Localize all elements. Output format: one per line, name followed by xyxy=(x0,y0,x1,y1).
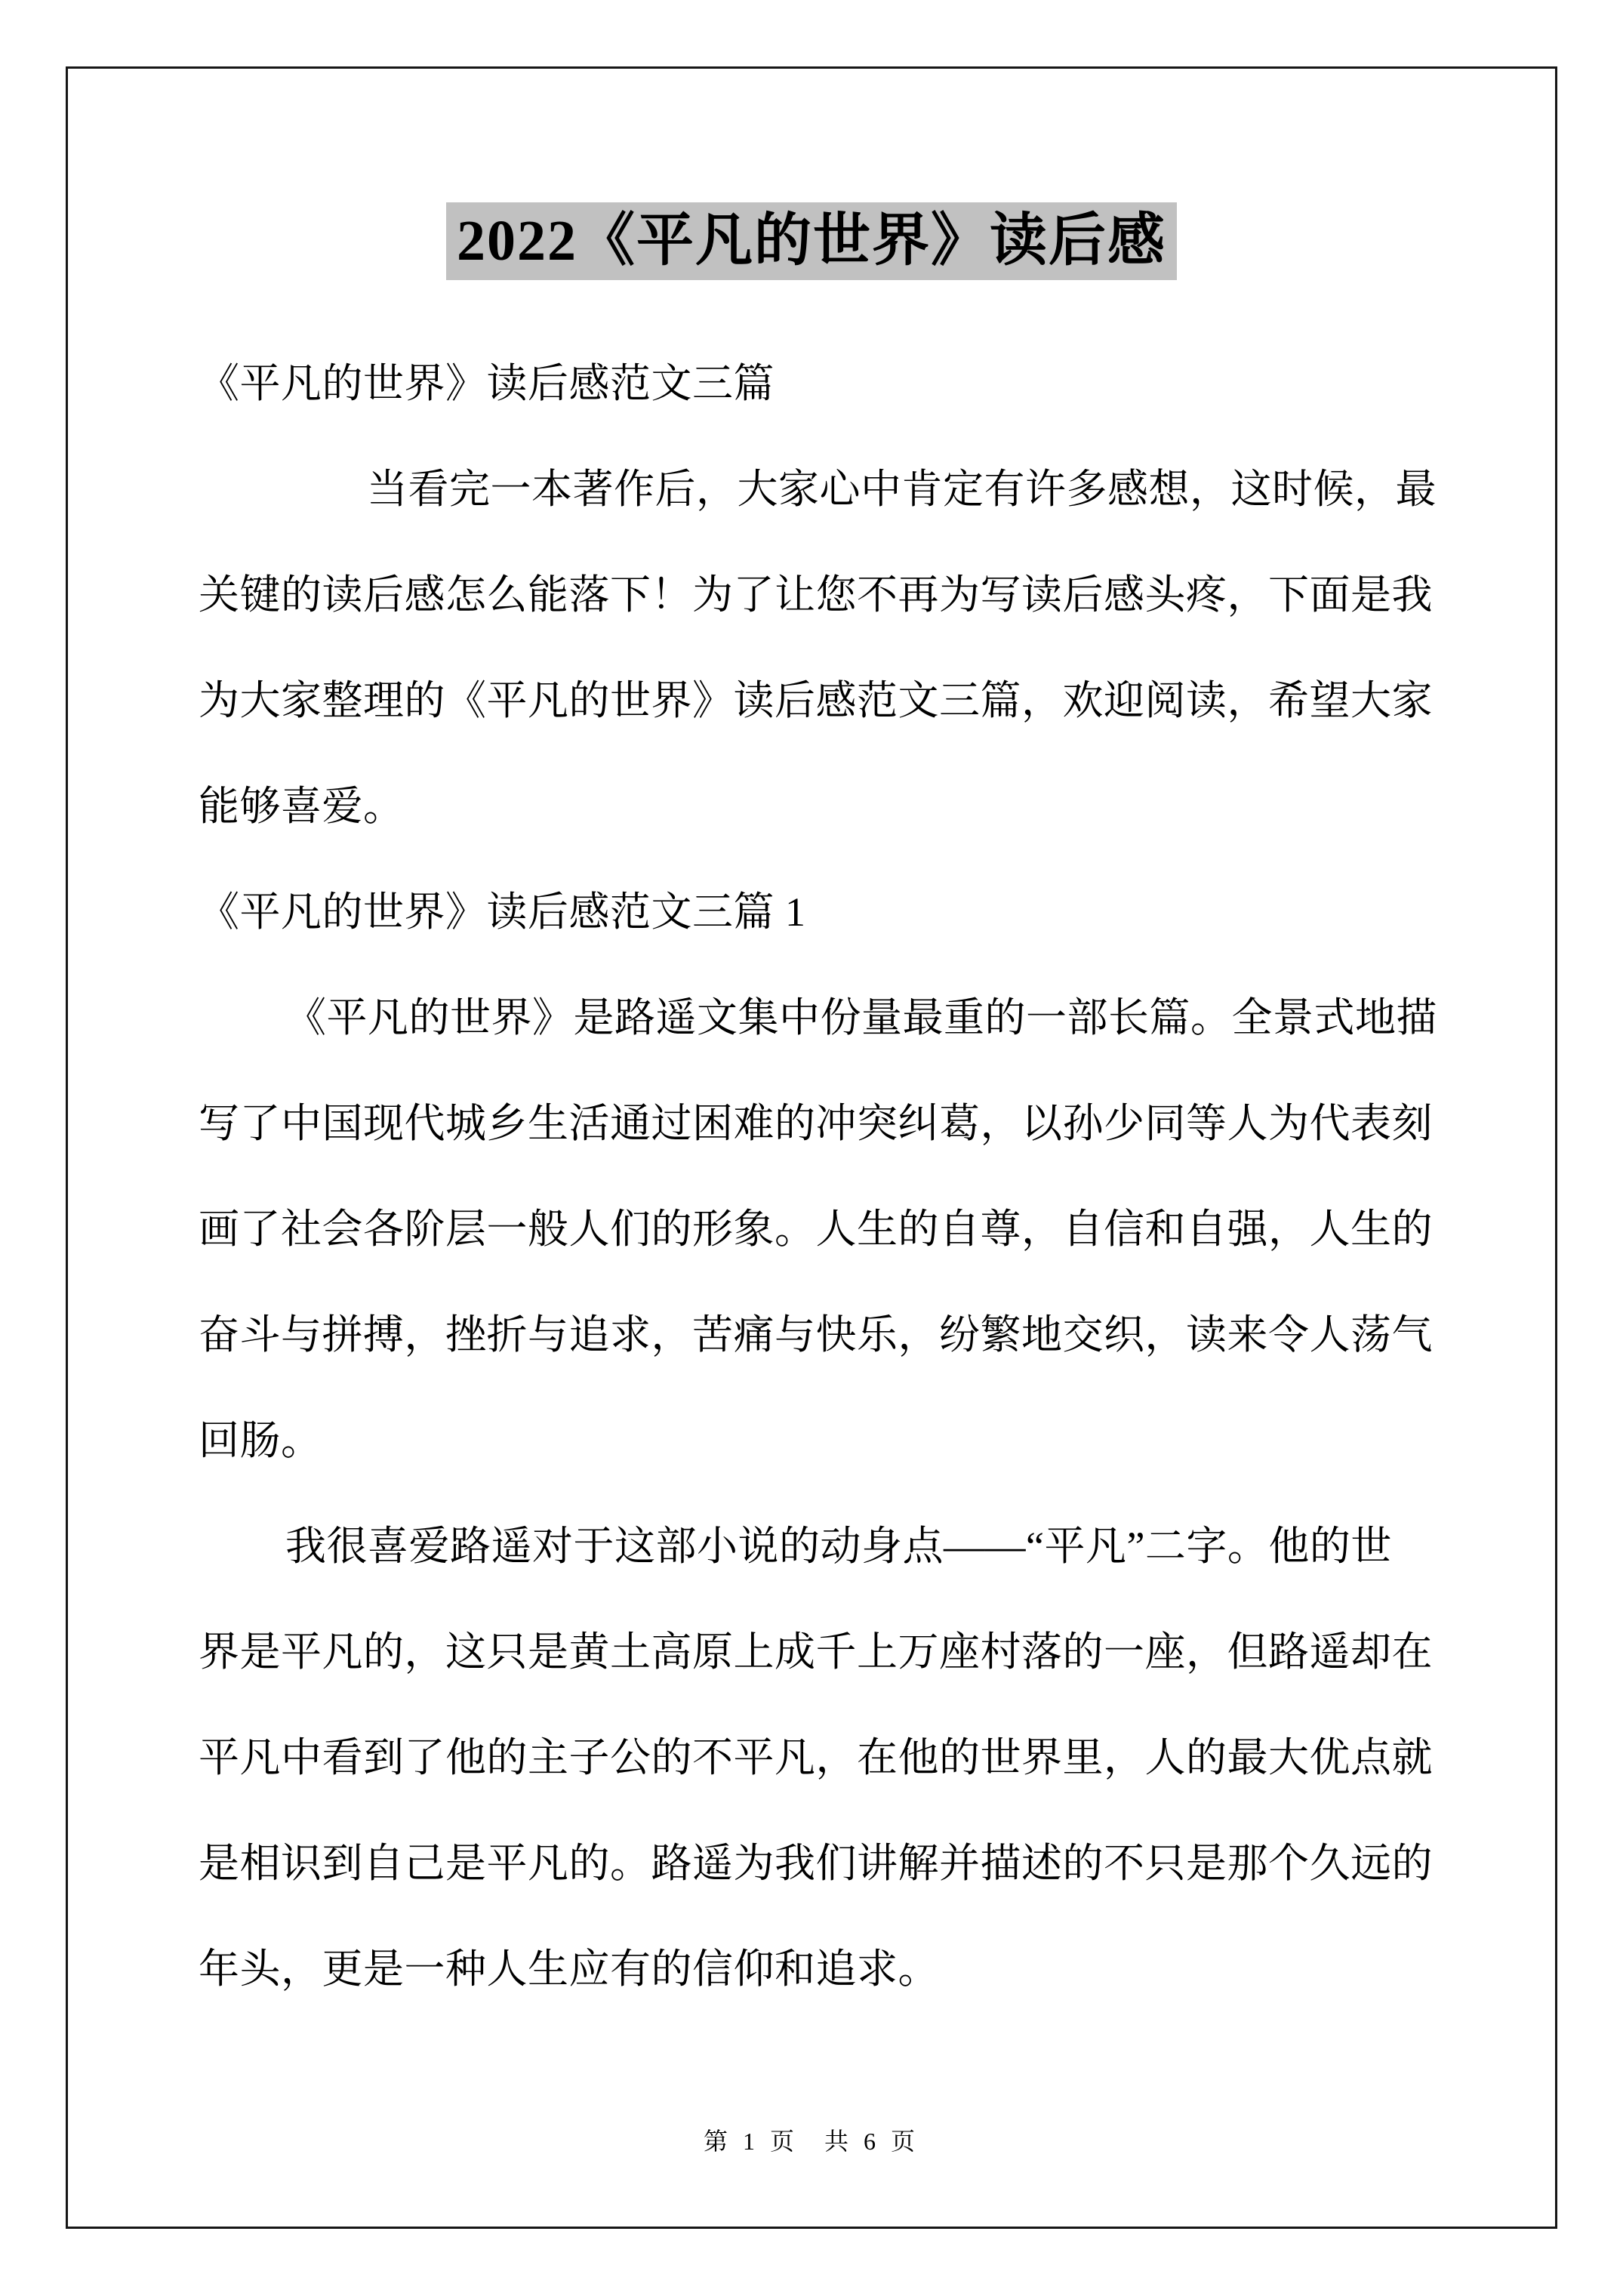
text-line: 能够喜爱。 xyxy=(199,754,1510,859)
text-line: 为大家整理的《平凡的世界》读后感范文三篇，欢迎阅读，希望大家 xyxy=(199,648,1510,754)
text-line: 是相识到自己是平凡的。路遥为我们讲解并描述的不只是那个久远的 xyxy=(199,1811,1510,1916)
text-line: 当看完一本著作后，大家心中肯定有许多感想，这时候，最 xyxy=(199,436,1510,542)
text-line: 界是平凡的，这只是黄土高原上成千上万座村落的一座，但路遥却在 xyxy=(199,1599,1510,1705)
text-line: 《平凡的世界》读后感范文三篇 1 xyxy=(199,859,1510,965)
text-line: 《平凡的世界》读后感范文三篇 xyxy=(199,331,1510,436)
text-line: 画了社会各阶层一般人们的形象。人生的自尊，自信和自强，人生的 xyxy=(199,1176,1510,1282)
text-line: 年头，更是一种人生应有的信仰和追求。 xyxy=(199,1916,1510,2022)
text-line: 关键的读后感怎么能落下！为了让您不再为写读后感头疼，下面是我 xyxy=(199,542,1510,648)
text-line: 《平凡的世界》是路遥文集中份量最重的一部长篇。全景式地描 xyxy=(199,965,1510,1071)
text-line: 平凡中看到了他的主子公的不平凡，在他的世界里，人的最大优点就 xyxy=(199,1705,1510,1811)
text-line: 我很喜爱路遥对于这部小说的动身点——“平凡”二字。他的世 xyxy=(199,1493,1510,1599)
document-title-text: 2022《平凡的世界》读后感 xyxy=(446,202,1177,280)
text-line: 写了中国现代城乡生活通过困难的冲突纠葛，以孙少同等人为代表刻 xyxy=(199,1071,1510,1176)
document-body: 《平凡的世界》读后感范文三篇当看完一本著作后，大家心中肯定有许多感想，这时候，最… xyxy=(199,331,1510,2022)
document-page: 2022《平凡的世界》读后感 《平凡的世界》读后感范文三篇当看完一本著作后，大家… xyxy=(66,66,1557,2229)
text-line: 回肠。 xyxy=(199,1388,1510,1493)
page-footer: 第 1 页共 6 页 xyxy=(68,2124,1555,2159)
page-number-label: 第 1 页 xyxy=(704,2128,799,2155)
page-total-label: 共 6 页 xyxy=(824,2128,919,2155)
text-line: 奋斗与拼搏，挫折与追求，苦痛与快乐，纷繁地交织，读来令人荡气 xyxy=(199,1282,1510,1388)
document-title: 2022《平凡的世界》读后感 xyxy=(68,202,1555,280)
